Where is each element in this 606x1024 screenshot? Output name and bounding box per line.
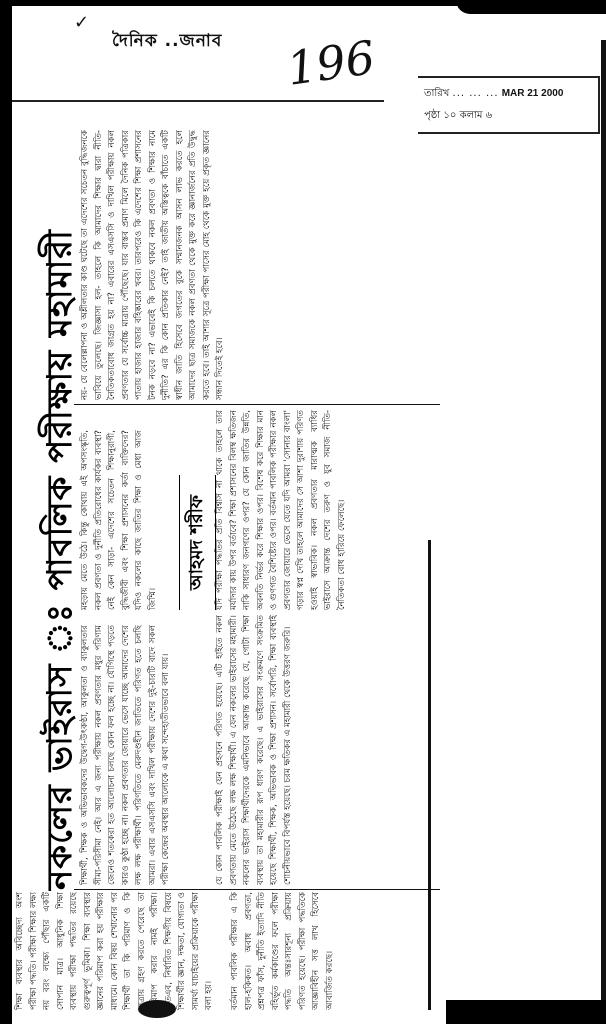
handwritten-number: 196 — [284, 30, 378, 96]
stamp-dots: ... ... ... — [453, 88, 499, 99]
date-stamp: তারিখ ... ... ... MAR 21 2000 পৃষ্ঠা ১০ … — [418, 76, 600, 134]
stamp-date-label: তারিখ — [424, 88, 449, 99]
rotated-article: শিক্ষা ব্যবস্থার অবিচ্ছেদ্য অংশ পরীক্ষা … — [14, 130, 440, 1010]
clipping-header: ✓ দৈনিক ..জনাব 196 তারিখ ... ... ... MAR… — [12, 6, 602, 126]
article-column-3: শিক্ষার্থী, শিক্ষক ও অভিভাবকদের উদ্বেগ-উ… — [79, 625, 174, 885]
newspaper-clipping: শিক্ষা ব্যবস্থার অবিচ্ছেদ্য অংশ পরীক্ষা … — [14, 130, 440, 1010]
article-column-2: বর্তমান পাবলিক পরীক্ষার এ কি হাল-হকিকত। … — [229, 892, 439, 1010]
article-column-1: শিক্ষা ব্যবস্থার অবিচ্ছেদ্য অংশ পরীক্ষা … — [14, 892, 224, 1010]
article-column-4: যে কোন পাবলিক পরীক্ষাই যেন প্রহসনে পরিণত… — [214, 615, 440, 885]
scan-bottom-right-edge — [446, 1000, 606, 1024]
newspaper-name: দৈনিক ..জনাব — [112, 28, 222, 56]
stamp-date-row: তারিখ ... ... ... MAR 21 2000 — [424, 86, 563, 103]
stamp-page-value: ১০ — [443, 110, 456, 121]
article-column-6: যদি পরীক্ষা পদ্ধতির প্রতি বিশ্বাস না থাক… — [214, 410, 440, 610]
scan-right-border — [601, 40, 606, 1020]
stamp-page-label: পৃষ্ঠা — [424, 110, 440, 121]
scan-left-border — [0, 0, 12, 1024]
column-rule — [74, 404, 440, 405]
ink-blot — [138, 1000, 176, 1018]
stamp-date-value: MAR 21 2000 — [502, 88, 564, 99]
author-byline: আহমদ শরীফ — [179, 475, 216, 610]
column-rule — [74, 889, 440, 890]
article-column-7: নয়- যে বেলেল্লাপনা ও অশ্লীলতার কাণ্ড ঘট… — [79, 130, 439, 400]
check-mark-icon: ✓ — [74, 12, 89, 33]
stamp-column-value: ৬ — [486, 110, 493, 121]
stamp-page-row: পৃষ্ঠা ১০ কলাম ৬ — [424, 108, 492, 125]
header-divider — [12, 100, 384, 102]
clipping-edge-rule — [428, 540, 431, 1010]
article-column-5: মহড়ায় মেতে উঠে। কিন্তু কোথায় এই অপসংস… — [79, 430, 174, 610]
stamp-column-label: কলাম — [460, 110, 483, 121]
